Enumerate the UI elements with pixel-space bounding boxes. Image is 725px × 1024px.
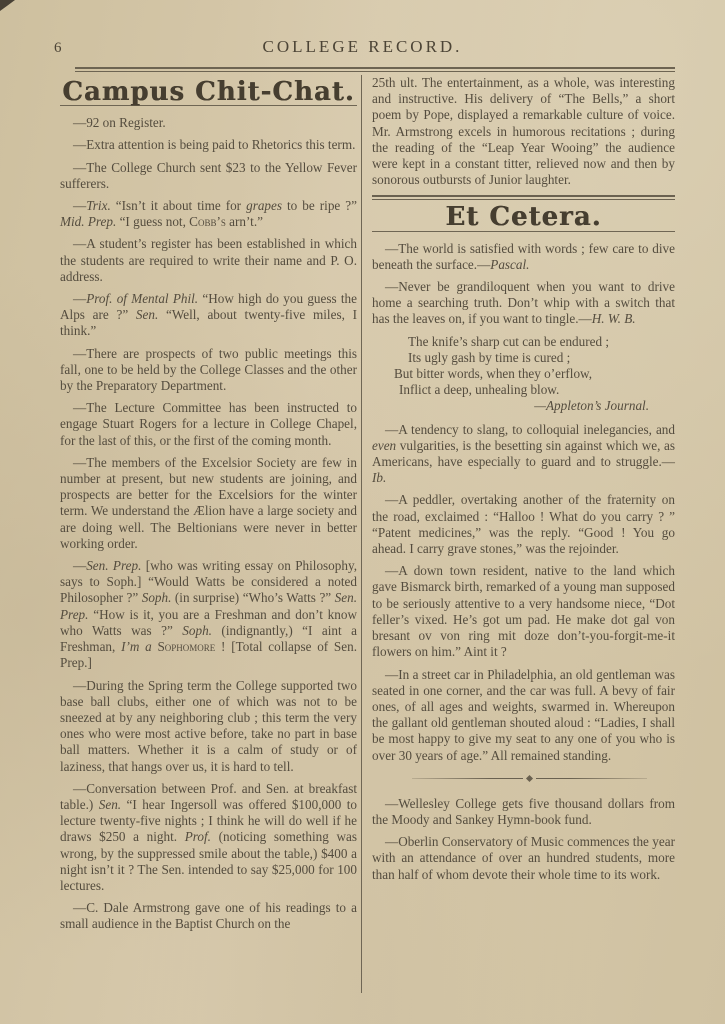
- poem-verse: The knife’s sharp cut can be endured ;It…: [372, 334, 675, 415]
- columns-container: Campus Chit-Chat.—92 on Register.—Extra …: [60, 75, 725, 993]
- poem-attribution: —Appleton’s Journal.: [372, 398, 675, 414]
- paragraph: —The Lecture Committee has been instruct…: [60, 400, 357, 449]
- ornament-diamond-icon: [526, 775, 533, 782]
- paragraph: —Wellesley College gets five thousand do…: [372, 796, 675, 828]
- paragraph: —During the Spring term the College supp…: [60, 678, 357, 775]
- paragraph: —Extra attention is being paid to Rhetor…: [60, 137, 357, 153]
- masthead-rule: [75, 67, 675, 72]
- paragraph: 25th ult. The entertainment, as a whole,…: [372, 75, 675, 188]
- paragraph: —Never be grandiloquent when you want to…: [372, 279, 675, 328]
- paragraph: —The members of the Excelsior Society ar…: [60, 455, 357, 552]
- section-heading: Et Cetera.: [372, 209, 675, 225]
- paragraph: —Sen. Prep. [who was writing essay on Ph…: [60, 558, 357, 671]
- poem-line: The knife’s sharp cut can be endured ;: [372, 334, 675, 350]
- paragraph: —There are prospects of two public meeti…: [60, 346, 357, 395]
- paragraph: —A tendency to slang, to colloquial inel…: [372, 422, 675, 487]
- ornament-divider: [412, 773, 647, 785]
- masthead-rule-thick: [75, 67, 675, 69]
- newspaper-page: 6 COLLEGE RECORD. Campus Chit-Chat.—92 o…: [0, 0, 725, 1024]
- poem-line: But bitter words, when they o’erflow,: [372, 366, 675, 382]
- paragraph: —A peddler, overtaking another of the fr…: [372, 492, 675, 557]
- page-header: 6 COLLEGE RECORD.: [0, 0, 725, 57]
- paragraph: —The College Church sent $23 to the Yell…: [60, 160, 357, 192]
- paragraph: —In a street car in Philadelphia, an old…: [372, 667, 675, 764]
- paragraph: —The world is satisfied with words ; few…: [372, 241, 675, 273]
- poem-line: Inflict a deep, unhealing blow.: [372, 382, 675, 398]
- poem-line: Its ugly gash by time is cured ;: [372, 350, 675, 366]
- paragraph: —C. Dale Armstrong gave one of his readi…: [60, 900, 357, 932]
- paragraph: —92 on Register.: [60, 115, 357, 131]
- paragraph: —Trix. “Isn’t it about time for grapes t…: [60, 198, 357, 230]
- ornament-line: [536, 778, 647, 780]
- section-heading: Campus Chit-Chat.: [60, 84, 357, 100]
- paragraph: —Prof. of Mental Phil. “How high do you …: [60, 291, 357, 340]
- section-divider-rule: [372, 195, 675, 200]
- masthead-rule-thin: [75, 71, 675, 72]
- paragraph: —Conversation between Prof. and Sen. at …: [60, 781, 357, 894]
- right-column: 25th ult. The entertainment, as a whole,…: [372, 75, 675, 993]
- left-column: Campus Chit-Chat.—92 on Register.—Extra …: [60, 75, 357, 993]
- page-number: 6: [54, 40, 62, 57]
- paragraph: —A down town resident, native to the lan…: [372, 563, 675, 660]
- paragraph: —Oberlin Conservatory of Music commences…: [372, 834, 675, 883]
- column-divider-rule: [361, 75, 362, 993]
- ornament-line: [412, 778, 523, 780]
- masthead-title: COLLEGE RECORD.: [0, 0, 725, 57]
- paragraph: —A student’s register has been establish…: [60, 236, 357, 285]
